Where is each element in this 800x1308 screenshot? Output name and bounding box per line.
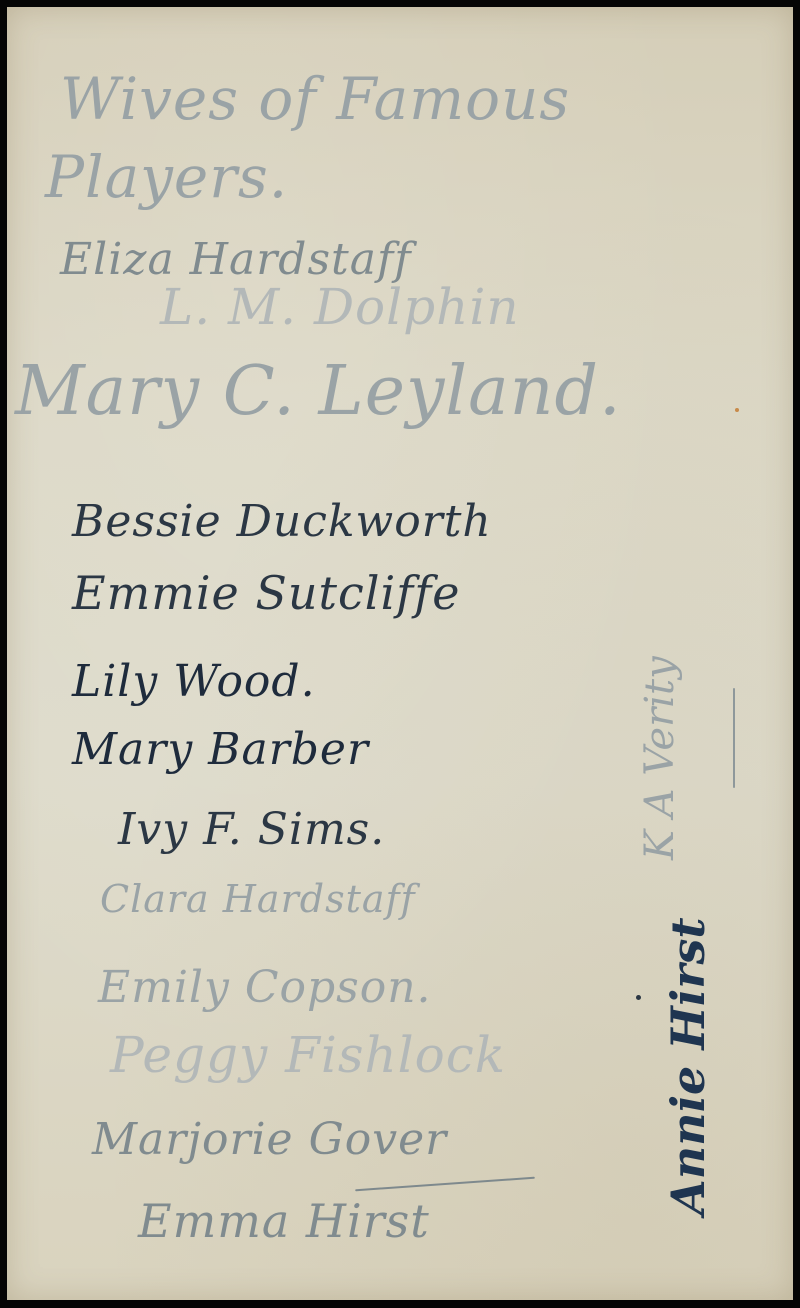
pencil-underline-stroke [733, 688, 735, 788]
signature-lily-wood: Lily Wood. [72, 660, 316, 704]
signature-eliza-hardstaff: Eliza Hardstaff [60, 238, 412, 282]
signature-marjorie-gover: Marjorie Gover [92, 1118, 447, 1162]
signature-ivy-sims: Ivy F. Sims. [118, 808, 385, 852]
signature-mary-leyland: Mary C. Leyland. [15, 358, 622, 426]
signature-emmie-sutcliffe: Emmie Sutcliffe [72, 570, 460, 616]
signature-mary-barber: Mary Barber [72, 728, 369, 772]
signature-emily-copson: Emily Copson. [98, 966, 432, 1010]
signature-verity-vertical: K A Verity [640, 656, 680, 860]
signature-emma-hirst: Emma Hirst [138, 1198, 430, 1244]
signature-annie-hirst-vertical: Annie Hirst [665, 917, 711, 1215]
signature-dolphin: L. M. Dolphin [160, 282, 520, 332]
page-title-line-2: Players. [45, 148, 288, 206]
signature-peggy-fishlock: Peggy Fishlock [110, 1030, 506, 1080]
signature-bessie-duckworth: Bessie Duckworth [72, 500, 492, 544]
signature-clara-hardstaff: Clara Hardstaff [100, 880, 416, 918]
foxing-spot [735, 408, 739, 412]
page-title-line-1: Wives of Famous [60, 70, 570, 128]
ink-dot-mark [636, 995, 641, 1000]
